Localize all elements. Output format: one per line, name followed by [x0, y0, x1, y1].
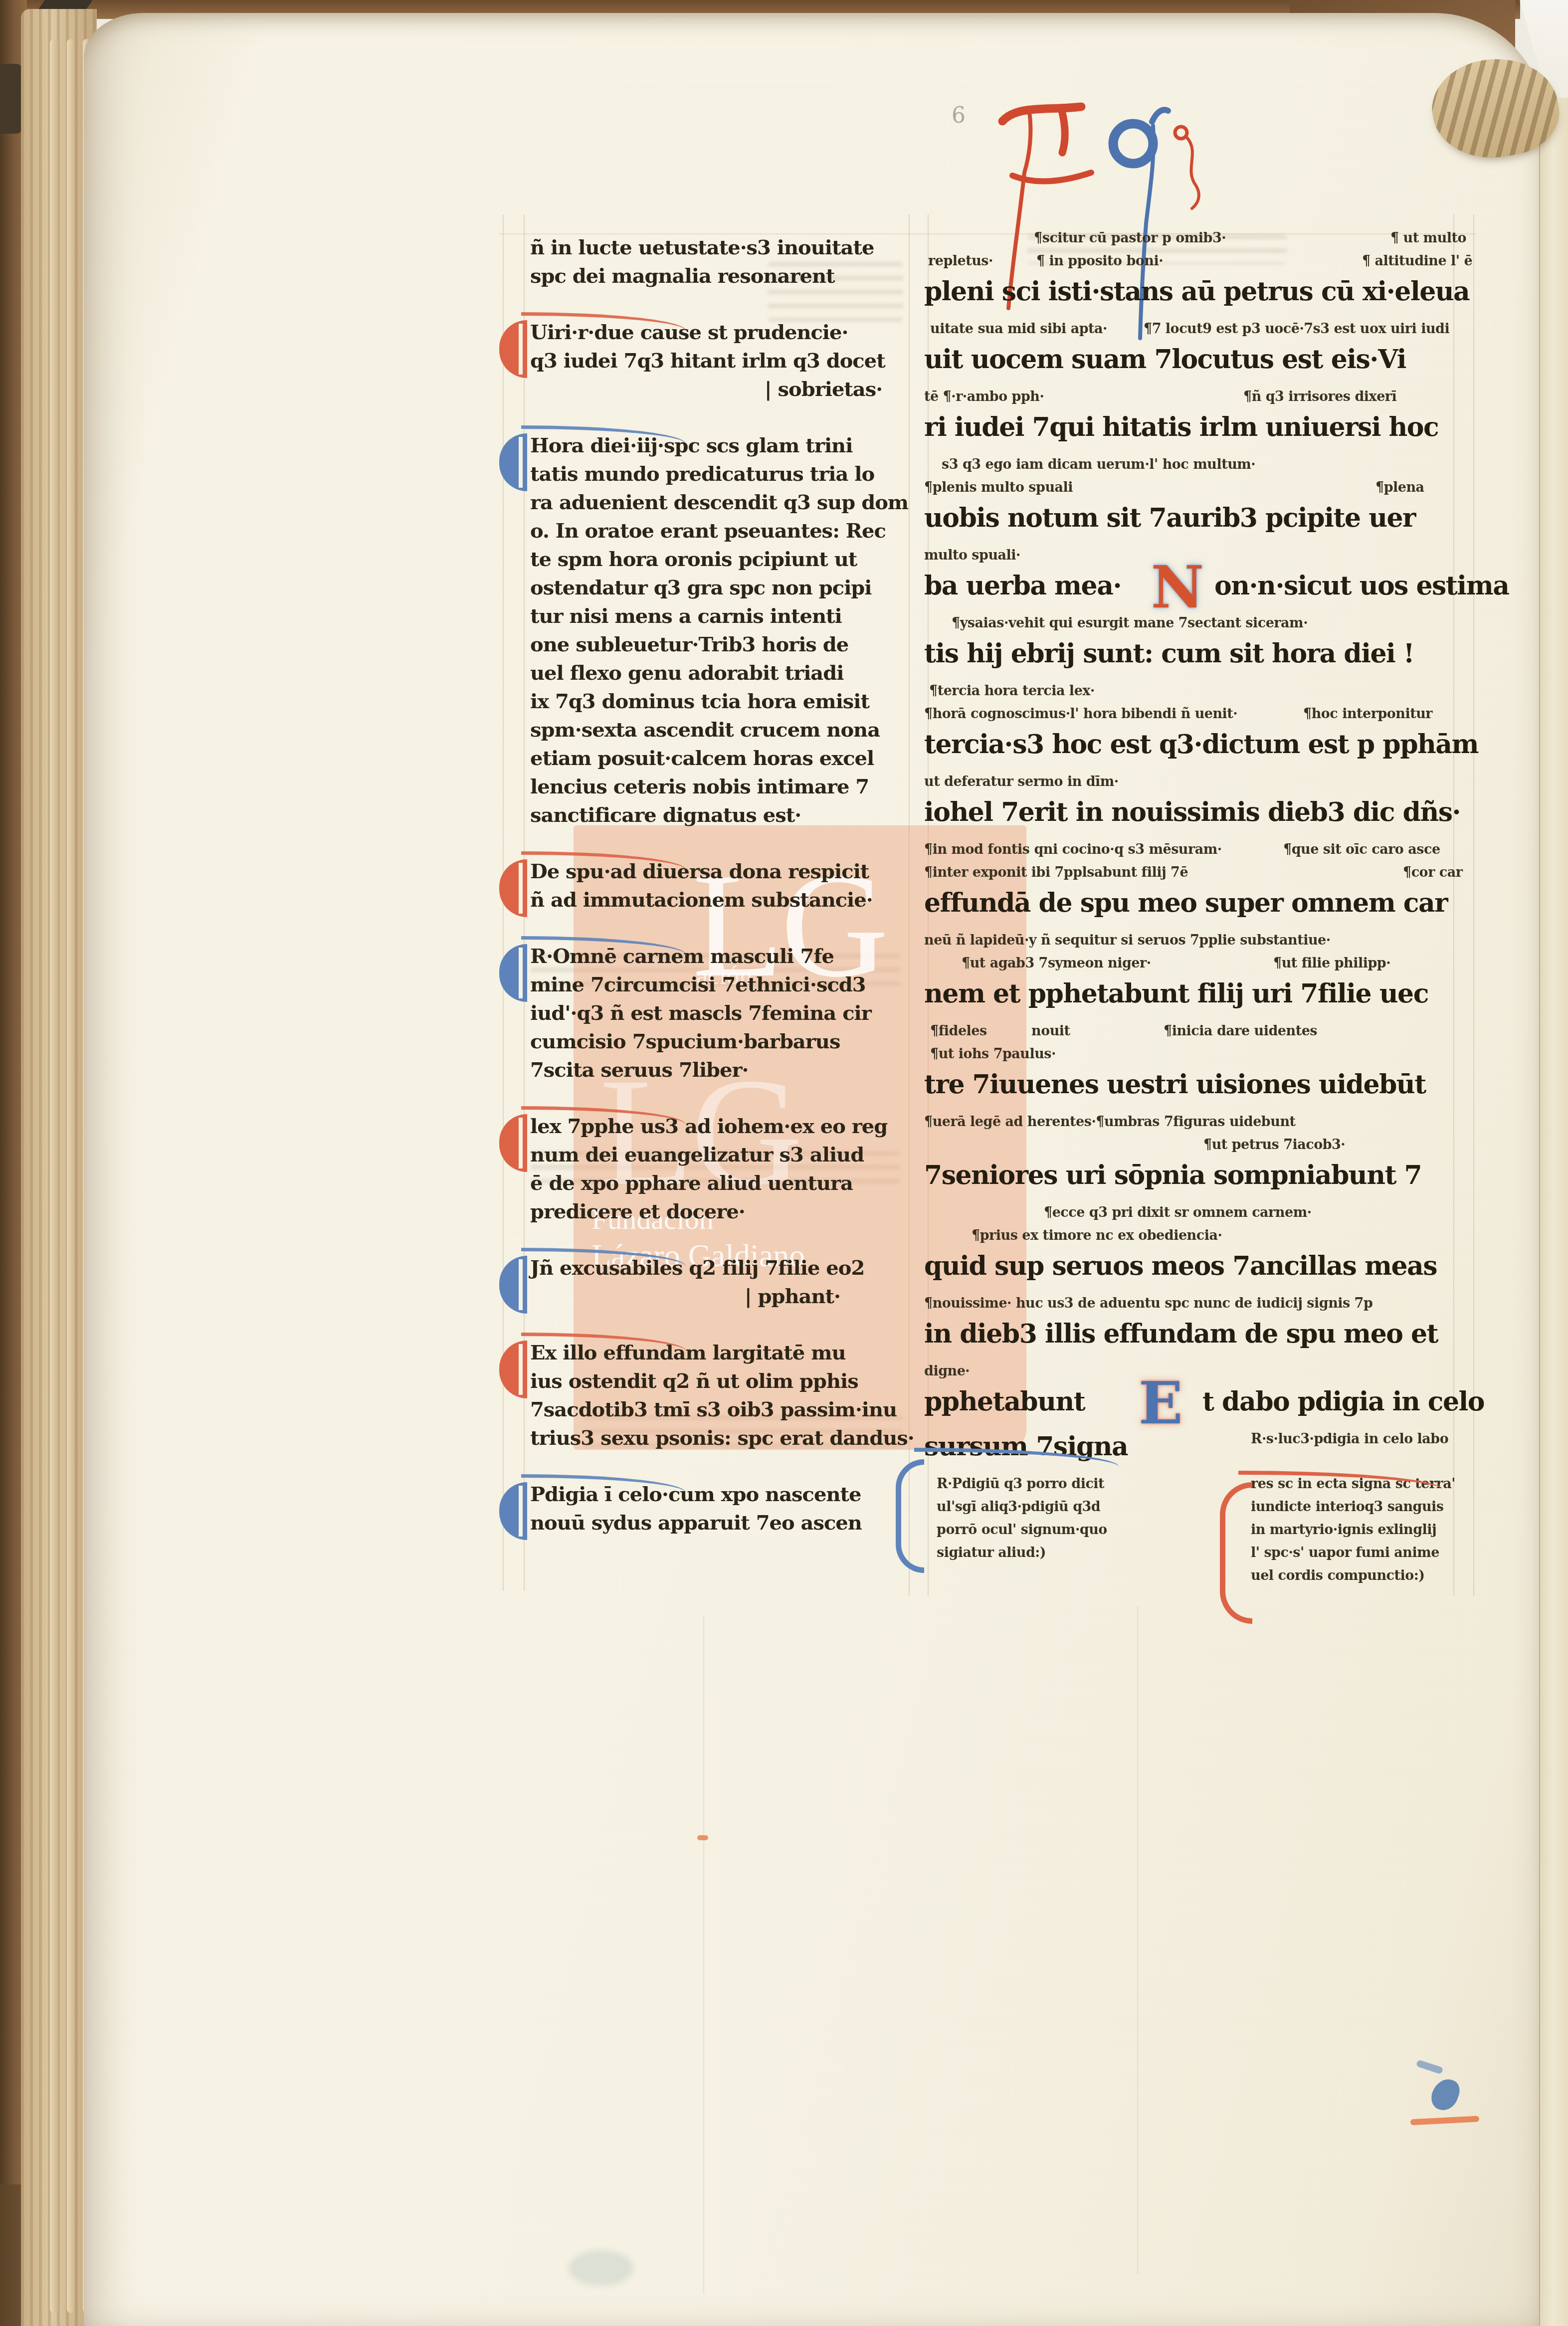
text-line: ñ ad immutacionem substancie· [530, 886, 919, 914]
text-run: ¶ut agab3 7symeon niger· [962, 956, 1151, 971]
text-line: | sobrietas· [530, 375, 919, 403]
text-row: ¶ut agab3 7symeon niger·¶ut filie philip… [924, 956, 1478, 978]
gloss-segment: De spu·ad diuersa dona respicitñ ad immu… [530, 857, 919, 914]
parchment-crease [1137, 1606, 1139, 2274]
text-run: ¶ ut multo [1390, 230, 1466, 246]
decorated-initial: E [1139, 1374, 1182, 1432]
text-row: sigiatur aliud:)l' spc·s' uapor fumi ani… [924, 1545, 1478, 1568]
text-row: effundā de spu meo super omnem car [924, 888, 1478, 933]
text-run: ¶plenis multo spuali [924, 480, 1073, 495]
text-run: tre 7iuuenes uestri uisiones uidebūt [924, 1069, 1426, 1100]
text-row: ¶horā cognoscimus·l' hora bibendi ñ ueni… [924, 706, 1478, 729]
text-run: ¶ut iohs 7paulus· [930, 1046, 1056, 1062]
text-line: lencius ceteris nobis intimare 7 [530, 773, 919, 801]
gloss-segment: lex 7pphe us3 ad iohem·ex eo regnum dei … [530, 1112, 919, 1226]
text-row: ¶uerā legē ad herentes·¶umbras 7figuras … [924, 1114, 1478, 1137]
text-line: sanctificare dignatus est· [530, 801, 919, 829]
text-row: tre 7iuuenes uestri uisiones uidebūt [924, 1069, 1478, 1114]
text-run: ¶plena [1375, 480, 1424, 495]
text-run: ¶7 locut9 est p3 uocē·7s3 est uox uiri i… [1144, 321, 1449, 337]
text-row: uitate sua mid sibi apta·¶7 locut9 est p… [924, 321, 1478, 344]
text-row: uit uocem suam 7locutus est eis·Vi [924, 344, 1478, 389]
text-run: ul'sgī aliq3·pdigiū q3d [937, 1499, 1100, 1515]
text-line: ix 7q3 dominus tcia hora emisit [530, 687, 919, 716]
text-row: uel cordis compunctio:) [924, 1568, 1478, 1591]
text-run: pphetabunt [924, 1386, 1085, 1417]
text-run: ¶ñ q3 irrisores dixerī [1243, 389, 1396, 404]
text-run: nouit [1031, 1023, 1070, 1039]
parchment-crease [703, 1616, 705, 2294]
gloss-segment: Ex illo effundam largitatē muius ostendi… [530, 1339, 919, 1452]
text-line: etiam posuit·calcem horas excel [530, 744, 919, 773]
text-line: cumcisio 7spucium·barbarus [530, 1027, 919, 1056]
text-run: uel cordis compunctio:) [1251, 1568, 1424, 1583]
text-line: ra aduenient descendit q3 sup dom [530, 488, 919, 517]
faint-pencil-mark: 6 [952, 103, 966, 128]
text-line: q3 iudei 7q3 hitant irlm q3 docet [530, 347, 919, 375]
text-line: ē de xpo pphare aliud uentura [530, 1169, 919, 1197]
text-run: 7seniores uri sōpnia sompniabunt 7 [924, 1160, 1421, 1190]
text-line: mine 7circumcisi 7ethnici·scd3 [530, 970, 919, 999]
manuscript-photo: LG ación LG Fundación Lázaro Galdiano 6 … [0, 0, 1568, 2326]
text-row: ¶in mod fontis qni cocino·q s3 mēsuram·¶… [924, 842, 1478, 865]
text-row: ul'sgī aliq3·pdigiū q3diundicte interioq… [924, 1499, 1478, 1522]
folio-edge [50, 39, 58, 2313]
text-row: in dieb3 illis effundam de spu meo et [924, 1319, 1478, 1363]
text-row: digne· [924, 1363, 1478, 1386]
text-line: tur nisi mens a carnis intenti [530, 602, 919, 630]
text-run: ba uerba mea· [924, 571, 1121, 601]
text-row: s3 q3 ego iam dicam uerum·l' hoc multum· [924, 457, 1478, 480]
text-row: quid sup seruos meos 7ancillas meas [924, 1251, 1478, 1296]
text-run: digne· [924, 1363, 970, 1379]
text-line: spc dei magnalia resonarent [530, 262, 919, 290]
text-row: tē ¶·r·ambo pph·¶ñ q3 irrisores dixerī [924, 389, 1478, 412]
gloss-column-left: ñ in lucte uetustate·s3 inouitatespc dei… [530, 233, 919, 1565]
text-run: t dabo pdigia in celo [1202, 1386, 1484, 1417]
text-run: sigiatur aliud:) [937, 1545, 1046, 1560]
text-run: ¶inter exponit ibi 7pplsabunt filij 7ē [924, 865, 1188, 880]
text-line: num dei euangelizatur s3 aliud [530, 1141, 919, 1169]
text-run: ¶cor car [1403, 865, 1462, 880]
text-run: iundicte interioq3 sanguis [1251, 1499, 1444, 1515]
text-run: iohel 7erit in nouissimis dieb3 dic dñs· [924, 797, 1460, 827]
text-run: ¶ in pposito boni· [1036, 253, 1163, 269]
text-row: ri iudei 7qui hitatis irlm uniuersi hoc [924, 412, 1478, 457]
text-row: ¶fidelesnouit¶inicia dare uidentes [924, 1023, 1478, 1046]
text-run: ¶horā cognoscimus·l' hora bibendi ñ ueni… [924, 706, 1237, 722]
text-run: ¶ut petrus 7iacob3· [1203, 1137, 1345, 1153]
text-line: ñ in lucte uetustate·s3 inouitate [530, 233, 919, 262]
text-row: tis hij ebrij sunt: cum sit hora diei ! [924, 638, 1478, 683]
text-row: repletus·¶ in pposito boni·¶ altitudine … [924, 253, 1478, 276]
text-run: effundā de spu meo super omnem car [924, 888, 1447, 918]
text-line: tatis mundo predicaturus tria lo [530, 460, 919, 488]
text-run: ¶scitur cū pastor p omib3· [1034, 230, 1226, 246]
text-run: uit uocem suam 7locutus est eis·Vi [924, 344, 1406, 375]
text-line: uel flexo genu adorabit triadi [530, 659, 919, 687]
lemma-column-right: ¶scitur cū pastor p omib3·¶ ut multorepl… [924, 230, 1478, 1591]
text-line: te spm hora oronis pcipiunt ut [530, 545, 919, 574]
text-line: spm·sexta ascendit crucem nona [530, 716, 919, 744]
text-run: ¶ altitudine l' ē [1362, 253, 1472, 269]
text-run: repletus· [928, 253, 993, 269]
text-row: ¶nouissime· huc us3 de aduentu spc nunc … [924, 1296, 1478, 1319]
text-row: nem et pphetabunt filij uri 7filie uec [924, 978, 1478, 1023]
ink-smudge [569, 2250, 633, 2286]
gloss-segment: Uiri·r·due cause st prudencie·q3 iudei 7… [530, 318, 919, 403]
text-run: tis hij ebrij sunt: cum sit hora diei ! [924, 638, 1414, 669]
text-run: ¶ysaias·vehit qui esurgit mane 7sectant … [952, 615, 1308, 631]
text-run: ¶in mod fontis qni cocino·q s3 mēsuram· [924, 842, 1222, 857]
text-row: porrō ocul' signum·quoin martyrio·ignis … [924, 1522, 1478, 1545]
text-row: ¶ecce q3 pri dixit sr omnem carnem· [924, 1205, 1478, 1228]
text-run: in dieb3 illis effundam de spu meo et [924, 1319, 1438, 1349]
text-row: ¶ut petrus 7iacob3· [924, 1137, 1478, 1160]
text-run: uitate sua mid sibi apta· [930, 321, 1107, 337]
text-run: ¶uerā legē ad herentes·¶umbras 7figuras … [924, 1114, 1296, 1130]
text-run: multo spuali· [924, 548, 1020, 563]
text-run: ¶que sit oīc caro asce [1283, 842, 1440, 857]
text-row: pphetabuntEt dabo pdigia in celo [924, 1386, 1478, 1431]
text-run: uobis notum sit 7aurib3 pcipite uer [924, 503, 1415, 533]
text-run: ¶prius ex timore nc ex obediencia· [972, 1228, 1222, 1243]
text-line: | pphant· [530, 1282, 919, 1311]
text-run: ¶ut filie philipp· [1273, 956, 1390, 971]
page-right-edge [1539, 98, 1568, 2326]
gloss-segment: Hora diei·iij·spc scs glam trinitatis mu… [530, 431, 919, 829]
gloss-segment: Pdigia ī celo·cum xpo nascentenouū sydus… [530, 1480, 919, 1537]
text-run: ¶fideles [930, 1023, 987, 1039]
folio-edge [67, 39, 75, 2313]
text-run: s3 q3 ego iam dicam uerum·l' hoc multum· [942, 457, 1255, 472]
text-run: R·s·luc3·pdigia in celo labo [1251, 1431, 1448, 1447]
text-run: quid sup seruos meos 7ancillas meas [924, 1251, 1437, 1281]
text-line: one subleuetur·Trib3 horis de [530, 630, 919, 659]
gloss-bracket-red [1220, 1482, 1252, 1624]
text-line: iud'·q3 ñ est mascls 7femina cir [530, 999, 919, 1027]
ink-speck [697, 1835, 708, 1840]
text-run: l' spc·s' uapor fumi anime [1251, 1545, 1439, 1560]
text-row: iohel 7erit in nouissimis dieb3 dic dñs· [924, 797, 1478, 842]
text-run: ¶inicia dare uidentes [1164, 1023, 1317, 1039]
decorated-initial: N [1151, 559, 1204, 616]
text-run: pleni sci isti·stans aū petrus cū xi·ele… [924, 276, 1469, 307]
text-run: ¶hoc interponitur [1303, 706, 1432, 722]
text-line: nouū sydus apparuit 7eo ascen [530, 1509, 919, 1537]
text-line: o. In oratoe erant pseuantes: Rec [530, 517, 919, 545]
text-run: porrō ocul' signum·quo [937, 1522, 1107, 1538]
text-run: ut deferatur sermo in dīm· [924, 774, 1119, 789]
text-row: ¶ut iohs 7paulus· [924, 1046, 1478, 1069]
text-row: ¶prius ex timore nc ex obediencia· [924, 1228, 1478, 1251]
text-run: ri iudei 7qui hitatis irlm uniuersi hoc [924, 412, 1438, 442]
text-line: 7sacdotib3 tmī s3 oib3 passim·inu [530, 1395, 919, 1424]
text-row: neū ñ lapideū·y ñ sequitur si seruos 7pp… [924, 933, 1478, 956]
text-row: ut deferatur sermo in dīm· [924, 774, 1478, 797]
gloss-segment: Jñ excusabiles q2 filij 7filie eo2| ppha… [530, 1254, 919, 1311]
text-row: pleni sci isti·stans aū petrus cū xi·ele… [924, 276, 1478, 321]
text-row: ¶scitur cū pastor p omib3·¶ ut multo [924, 230, 1478, 253]
text-row: ¶inter exponit ibi 7pplsabunt filij 7ē¶c… [924, 865, 1478, 888]
gloss-segment: R·Omnē carnem masculi 7femine 7circumcis… [530, 942, 919, 1084]
text-line: 7scita seruus 7liber· [530, 1056, 919, 1084]
text-run: tē ¶·r·ambo pph· [924, 389, 1044, 404]
text-run: tercia·s3 hoc est q3·dictum est p pphām [924, 729, 1478, 760]
text-run: in martyrio·ignis exlinglij [1251, 1522, 1436, 1538]
gloss-segment: ñ in lucte uetustate·s3 inouitatespc dei… [530, 233, 919, 290]
text-run: neū ñ lapideū·y ñ sequitur si seruos 7pp… [924, 933, 1331, 948]
text-line: predicere et docere· [530, 1197, 919, 1226]
text-row: tercia·s3 hoc est q3·dictum est p pphām [924, 729, 1478, 774]
text-row: uobis notum sit 7aurib3 pcipite uer [924, 503, 1478, 548]
text-row: ba uerba mea·Non·n·sicut uos estima [924, 571, 1478, 615]
text-run: on·n·sicut uos estima [1214, 571, 1509, 601]
text-run: R·Pdigiū q3 porro dicit [937, 1476, 1104, 1492]
text-run: ¶ecce q3 pri dixit sr omnem carnem· [1044, 1205, 1312, 1220]
text-line: ostendatur q3 gra spc non pcipi [530, 574, 919, 602]
gloss-bracket-blue [896, 1459, 924, 1573]
text-run: nem et pphetabunt filij uri 7filie uec [924, 978, 1428, 1009]
text-run: ¶tercia hora tercia lex· [929, 683, 1095, 699]
text-line: ius ostendit q2 ñ ut olim pphis [530, 1367, 919, 1395]
text-run: ¶nouissime· huc us3 de aduentu spc nunc … [924, 1296, 1372, 1311]
binding-metal-fitting [0, 64, 23, 134]
text-row: ¶tercia hora tercia lex· [924, 683, 1478, 706]
text-row: ¶plenis multo spuali¶plena [924, 480, 1478, 503]
text-row: 7seniores uri sōpnia sompniabunt 7 [924, 1160, 1478, 1205]
text-line: trius3 sexu psonis: spc erat dandus· [530, 1424, 919, 1452]
